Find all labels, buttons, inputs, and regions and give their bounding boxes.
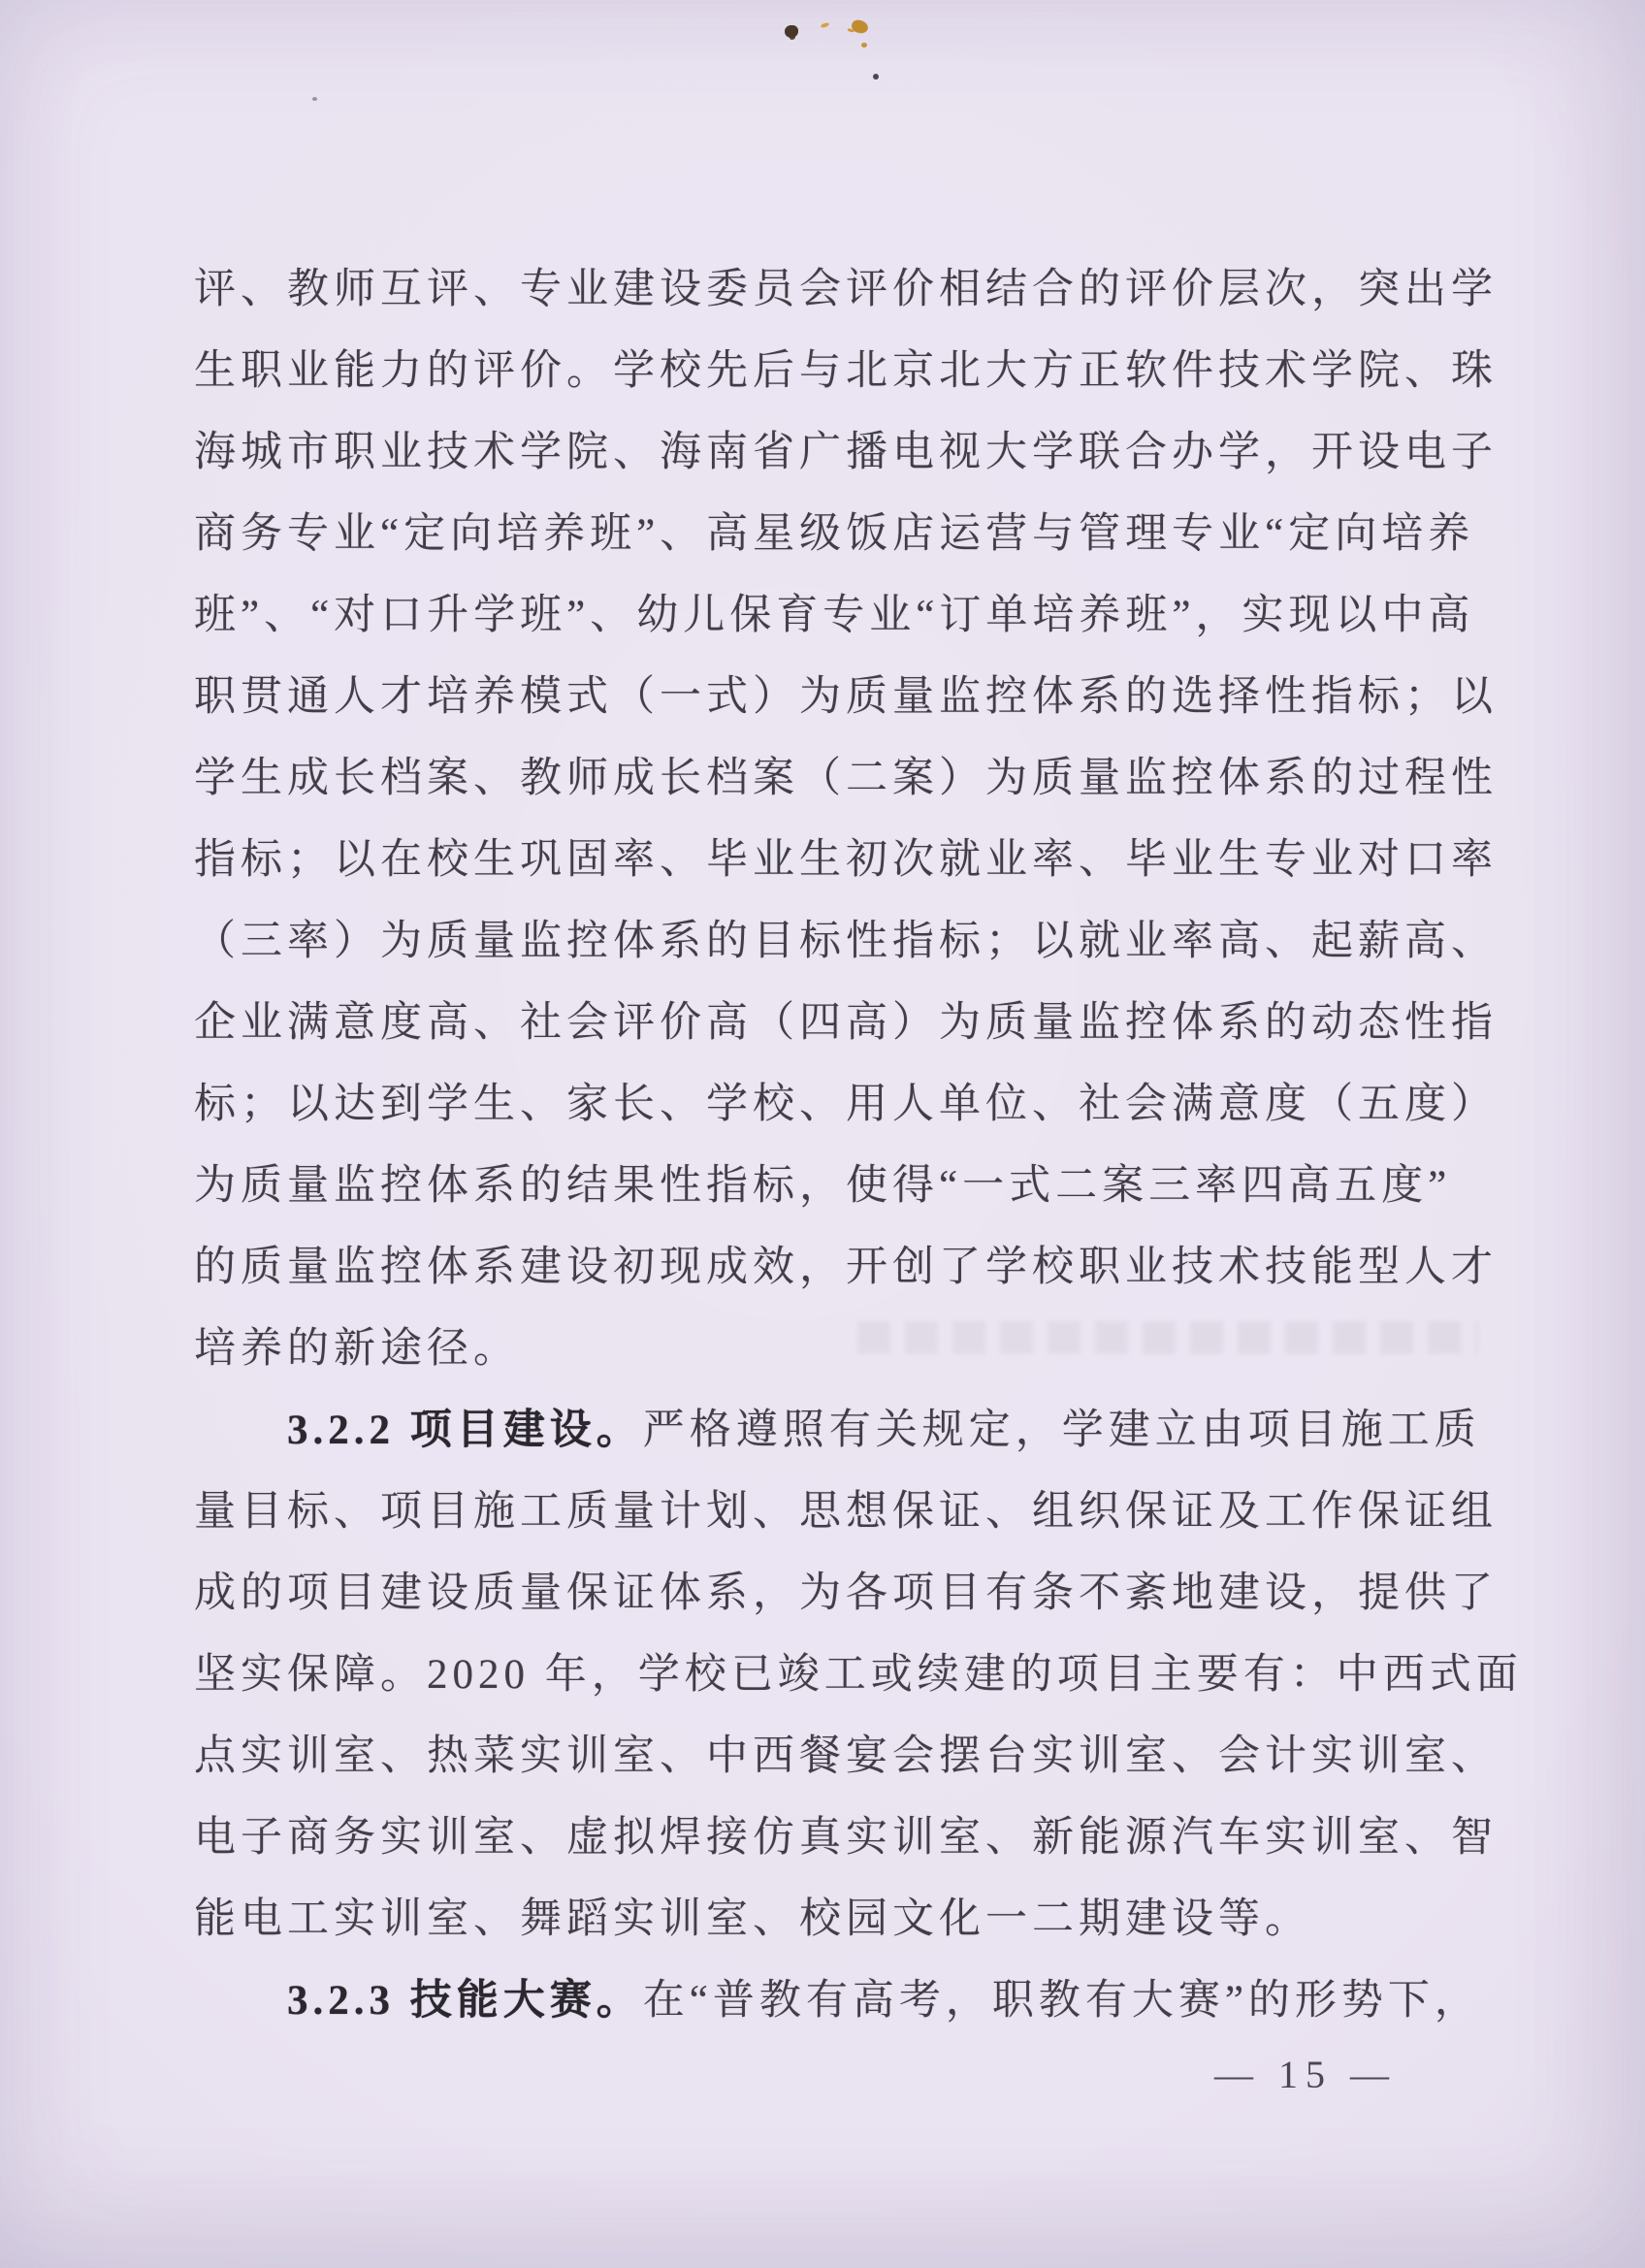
text-line: 企业满意度高、社会评价高（四高）为质量监控体系的动态性指 bbox=[194, 983, 1505, 1064]
text-line: 为质量监控体系的结果性指标，使得“一式二案三率四高五度” bbox=[194, 1146, 1505, 1227]
text-line: 职贯通人才培养模式（一式）为质量监控体系的选择性指标；以 bbox=[194, 657, 1505, 738]
text-line: 的质量监控体系建设初现成效，开创了学校职业技术技能型人才 bbox=[194, 1227, 1505, 1309]
text-line: 生职业能力的评价。学校先后与北京北大方正软件技术学院、珠 bbox=[194, 331, 1505, 412]
ink-speck-dark bbox=[785, 25, 798, 38]
scanned-page: 评、教师互评、专业建设委员会评价相结合的评价层次，突出学生职业能力的评价。学校先… bbox=[0, 0, 1645, 2268]
text-line: 班”、“对口升学班”、幼儿保育专业“订单培养班”，实现以中高 bbox=[194, 575, 1505, 657]
text-line: 点实训室、热菜实训室、中西餐宴会摆台实训室、会计实训室、 bbox=[194, 1716, 1505, 1798]
text-line: 培养的新途径。 bbox=[194, 1309, 1505, 1390]
ink-speck-orange bbox=[851, 18, 870, 35]
section-heading: 3.2.3 技能大赛。 bbox=[287, 1978, 643, 2024]
text-line: 电子商务实训室、虚拟焊接仿真实训室、新能源汽车实训室、智 bbox=[194, 1798, 1505, 1879]
ink-speck-orange-small bbox=[821, 22, 830, 29]
page-number: — 15 — bbox=[1214, 2052, 1397, 2098]
text-line: 能电工实训室、舞蹈实训室、校园文化一二期建设等。 bbox=[194, 1879, 1505, 1960]
ink-speck-tiny bbox=[873, 74, 879, 80]
section-heading: 3.2.2 项目建设。 bbox=[287, 1408, 643, 1453]
text-line: 成的项目建设质量保证体系，为各项目有条不紊地建设，提供了 bbox=[194, 1553, 1505, 1635]
text-line: 坚实保障。2020 年，学校已竣工或续建的项目主要有：中西式面 bbox=[194, 1635, 1505, 1716]
ink-speck-orange-dot bbox=[861, 43, 867, 48]
text-line: 3.2.2 项目建设。严格遵照有关规定，学建立由项目施工质 bbox=[194, 1390, 1505, 1472]
text-line: 商务专业“定向培养班”、高星级饭店运营与管理专业“定向培养 bbox=[194, 494, 1505, 575]
ink-speck-faint bbox=[312, 97, 317, 101]
text-line: （三率）为质量监控体系的目标性指标；以就业率高、起薪高、 bbox=[194, 901, 1505, 983]
text-line: 3.2.3 技能大赛。在“普教有高考，职教有大赛”的形势下， bbox=[194, 1960, 1505, 2042]
text-line: 指标；以在校生巩固率、毕业生初次就业率、毕业生专业对口率 bbox=[194, 820, 1505, 901]
text-line: 评、教师互评、专业建设委员会评价相结合的评价层次，突出学 bbox=[194, 249, 1505, 331]
text-line: 量目标、项目施工质量计划、思想保证、组织保证及工作保证组 bbox=[194, 1472, 1505, 1553]
text-line: 标；以达到学生、家长、学校、用人单位、社会满意度（五度） bbox=[194, 1064, 1505, 1146]
text-line: 学生成长档案、教师成长档案（二案）为质量监控体系的过程性 bbox=[194, 738, 1505, 820]
text-line: 海城市职业技术学院、海南省广播电视大学联合办学，开设电子 bbox=[194, 412, 1505, 494]
text-lines: 评、教师互评、专业建设委员会评价相结合的评价层次，突出学生职业能力的评价。学校先… bbox=[194, 249, 1505, 2042]
